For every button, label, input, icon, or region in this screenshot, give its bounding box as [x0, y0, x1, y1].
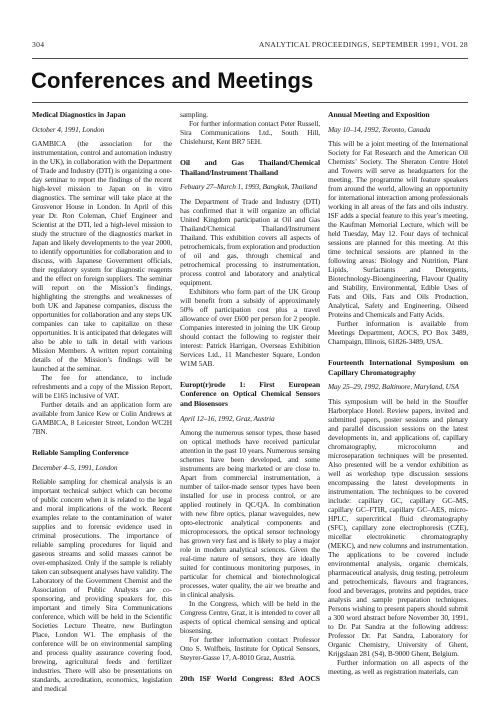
page-number: 304 [32, 40, 44, 49]
article-paragraph: For further information contact Peter Ru… [180, 119, 320, 146]
journal-page: 304 ANALYTICAL PROCEEDINGS, SEPTEMBER 19… [0, 0, 500, 719]
article-heading: 20th ISF World Congress: 83rd AOCS [180, 674, 320, 684]
article-paragraph: Exhibitors who form part of the UK Group… [180, 287, 320, 368]
article-paragraph: GAMBICA (the association for the instrum… [32, 139, 172, 373]
article-paragraph: Among the numerous sensor types, those b… [180, 428, 320, 599]
article-heading: Reliable Sampling Conference [32, 448, 172, 458]
journal-header: ANALYTICAL PROCEEDINGS, SEPTEMBER 1991, … [259, 40, 468, 49]
article-paragraph: The Department of Trade and Industry (DT… [180, 197, 320, 287]
article-paragraph: This symposium will be held in the Stouf… [328, 397, 468, 658]
text-column-3: Annual Meeting and ExpositionMay 10–14, … [328, 110, 468, 693]
article-heading: Fourteenth International Symposium on Ca… [328, 358, 468, 377]
article-paragraph: sampling. [180, 110, 320, 119]
header-rule [32, 58, 468, 59]
article-paragraph: Further information is available from Me… [328, 319, 468, 346]
article-heading: Annual Meeting and Exposition [328, 110, 468, 120]
article-heading: Oil and Gas Thailand/Chemical Thailand/I… [180, 158, 320, 177]
article-heading: Europt(r)rode 1: First European Conferen… [180, 380, 320, 409]
text-column-1: Medical Diagnostics in JapanOctober 4, 1… [32, 110, 172, 693]
article-heading: Medical Diagnostics in Japan [32, 110, 172, 120]
article-paragraph: In the Congress, which will be held in t… [180, 599, 320, 635]
article-date: May 10–14, 1992, Toronto, Canada [328, 125, 468, 135]
article-paragraph: For further information contact Professo… [180, 635, 320, 662]
running-head: 304 ANALYTICAL PROCEEDINGS, SEPTEMBER 19… [32, 0, 468, 49]
article-date: May 25–29, 1992, Baltimore, Maryland, US… [328, 382, 468, 392]
article-paragraph: The fee for attendance, to include refre… [32, 373, 172, 400]
article-date: April 12–16, 1992, Graz, Austria [180, 414, 320, 424]
article-date: Febuary 27–March 1, 1993, Bangkok, Thail… [180, 182, 320, 192]
article-paragraph: Reliable sampling for chemical analysis … [32, 477, 172, 693]
content-columns: Medical Diagnostics in JapanOctober 4, 1… [32, 110, 468, 693]
page-title: Conferences and Meetings [31, 68, 468, 94]
article-paragraph: Further details and an application form … [32, 400, 172, 436]
article-paragraph: Further information on all aspects of th… [328, 658, 468, 676]
article-date: December 4–5, 1991, London [32, 463, 172, 473]
article-paragraph: This will be a joint meeting of the Inte… [328, 139, 468, 319]
text-column-2: sampling.For further information contact… [180, 110, 320, 693]
title-rule [32, 102, 468, 103]
article-date: October 4, 1991, London [32, 125, 172, 135]
